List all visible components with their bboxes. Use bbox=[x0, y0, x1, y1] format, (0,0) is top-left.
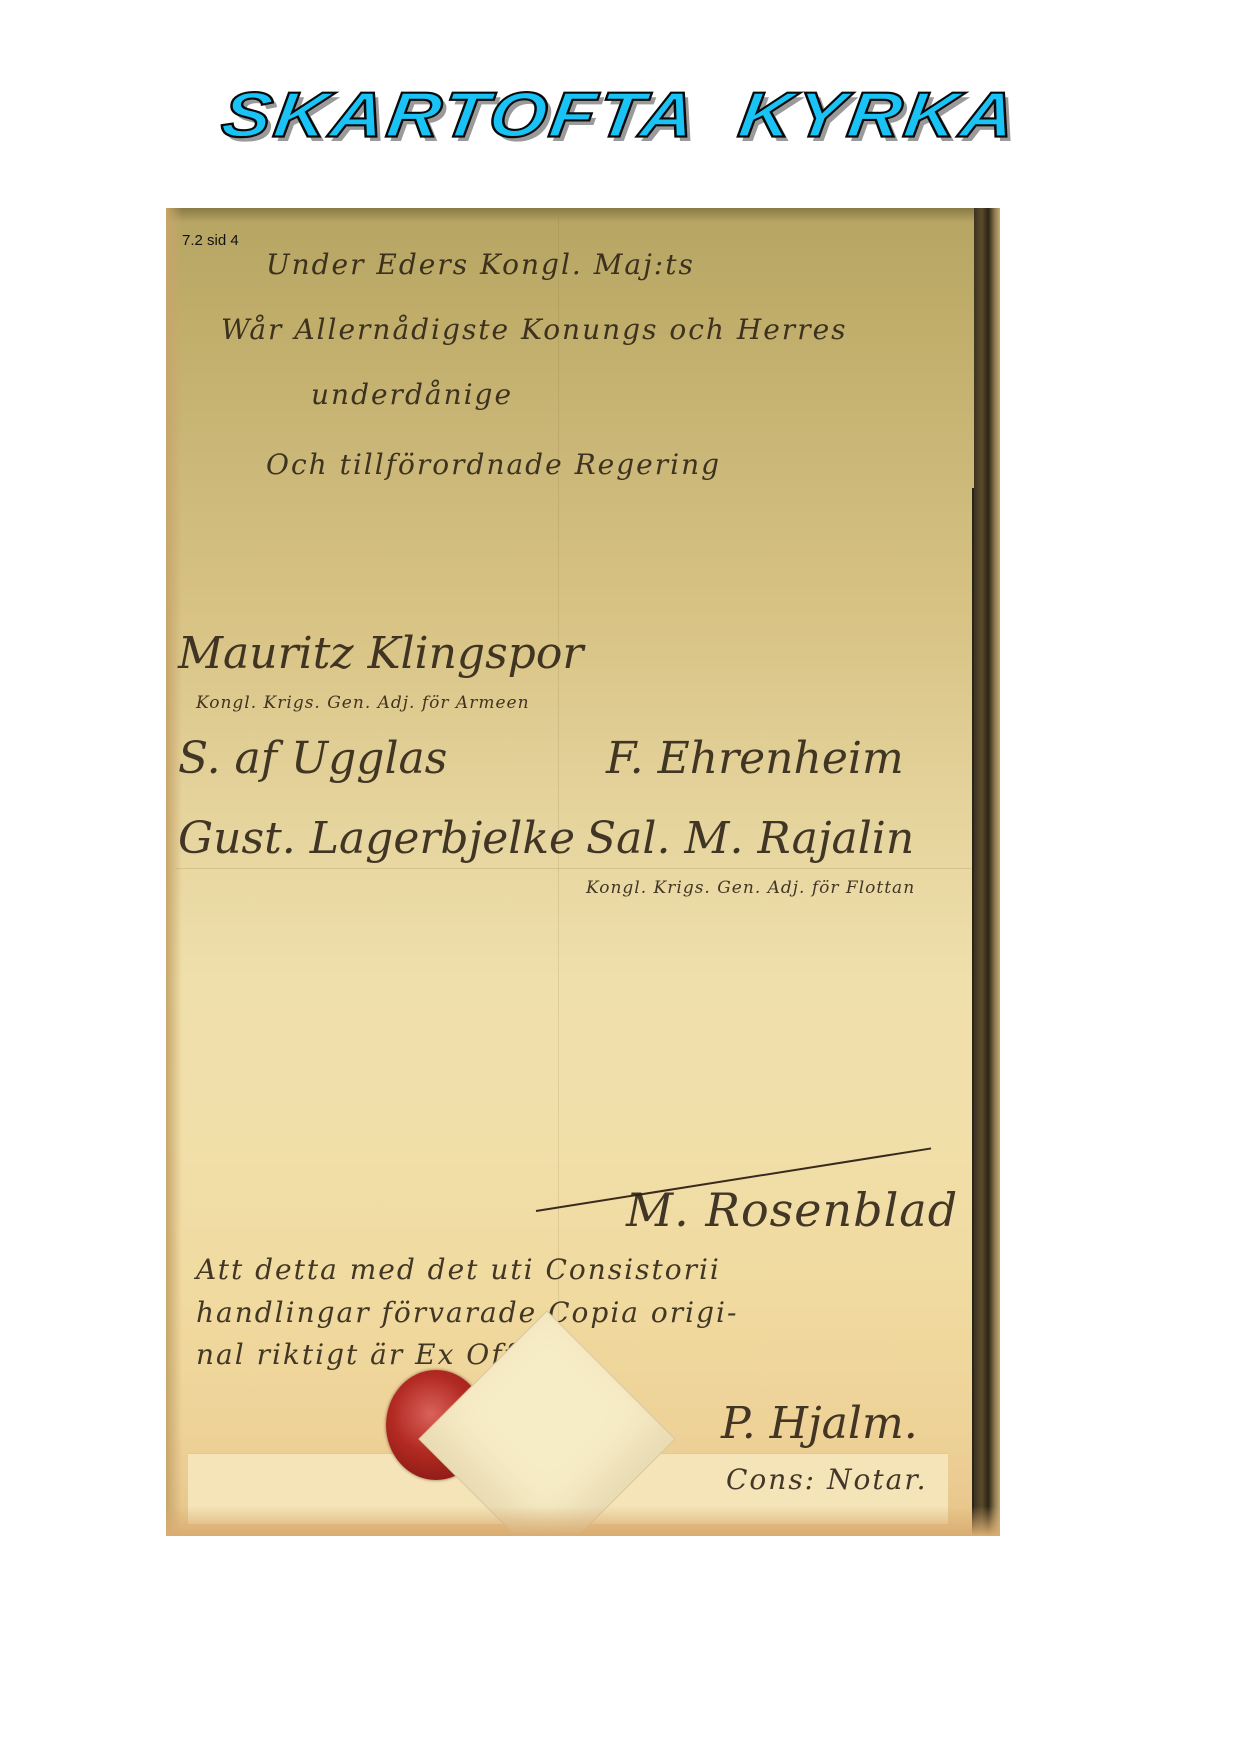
document-photo: 7.2 sid 4 Under Eders Kongl. Maj:ts Wår … bbox=[166, 208, 1000, 1536]
fold-line-vertical bbox=[558, 218, 559, 1368]
salutation-line-2: Wår Allernådigste Konungs och Herres bbox=[221, 313, 848, 346]
paper-top-edge bbox=[166, 208, 1000, 222]
signature-ugglas: S. af Ugglas bbox=[178, 733, 447, 784]
signature-ehrenheim: F. Ehrenheim bbox=[606, 733, 904, 784]
page-edge-line bbox=[972, 488, 974, 1536]
salutation-line-4: Och tillförordnade Regering bbox=[266, 448, 721, 481]
signature-rosenblad: M. Rosenblad bbox=[626, 1183, 958, 1237]
salutation-line-3: underdånige bbox=[311, 378, 513, 411]
signature-klingspor-title: Kongl. Krigs. Gen. Adj. för Armeen bbox=[196, 693, 530, 713]
page-reference: 7.2 sid 4 bbox=[182, 232, 239, 249]
signature-rajalin: Sal. M. Rajalin bbox=[586, 813, 914, 864]
notary-signature: P. Hjalm. bbox=[721, 1398, 918, 1449]
title-word-2: KYRKA bbox=[735, 83, 1022, 147]
signature-klingspor: Mauritz Klingspor bbox=[178, 628, 583, 679]
paper-left-edge bbox=[166, 208, 182, 1536]
signature-rajalin-title: Kongl. Krigs. Gen. Adj. för Flottan bbox=[586, 878, 915, 898]
signature-lagerbjelke: Gust. Lagerbjelke bbox=[178, 813, 575, 864]
notary-title: Cons: Notar. bbox=[726, 1463, 928, 1496]
paper-bottom-shadow bbox=[166, 1506, 1000, 1536]
attestation-line-1: Att detta med det uti Consistorii bbox=[196, 1253, 721, 1286]
title-word-1: SKARTOFTA bbox=[218, 83, 702, 147]
fold-line-horizontal bbox=[176, 868, 976, 869]
page-title: SKARTOFTAKYRKA bbox=[0, 83, 1240, 147]
attestation-line-2: handlingar förvarade Copia origi- bbox=[196, 1296, 738, 1329]
book-binding bbox=[974, 208, 1000, 1536]
salutation-line-1: Under Eders Kongl. Maj:ts bbox=[266, 248, 695, 281]
